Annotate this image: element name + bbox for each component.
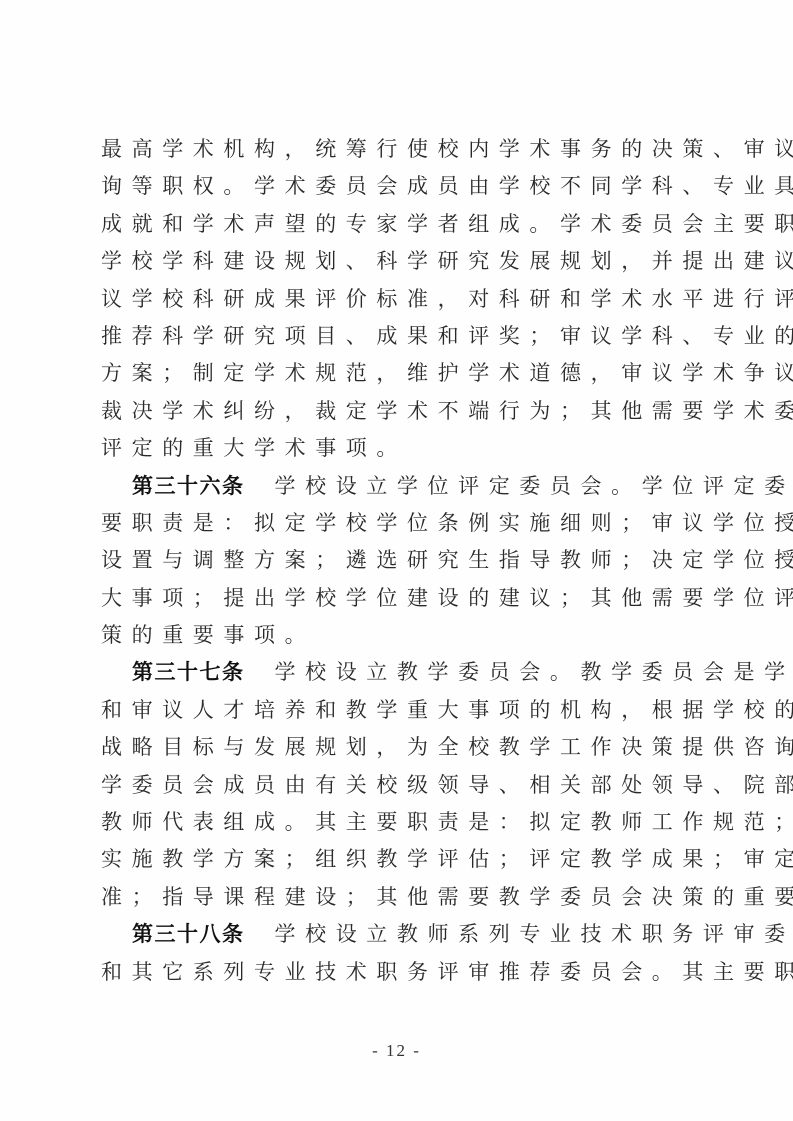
text-line: 准；指导课程建设；其他需要教学委员会决策的重要事项。	[101, 879, 696, 916]
text-line: 要职责是：拟定学校学位条例实施细则；审议学位授权点及专业	[101, 505, 696, 542]
text-line: 最高学术机构，统筹行使校内学术事务的决策、审议、评定和咨	[101, 131, 696, 168]
text-line: 和其它系列专业技术职务评审推荐委员会。其主要职责是：制定	[101, 954, 696, 991]
article-37-text: 学校设立教学委员会。教学委员会是学校咨询	[275, 660, 793, 684]
text-line: 推荐科学研究项目、成果和评奖；审议学科、专业的设置和调整	[101, 318, 696, 355]
text-line: 方案；制定学术规范，维护学术道德，审议学术争议的处理规则，	[101, 355, 696, 392]
text-line: 实施教学方案；组织教学评估；评定教学成果；审定课程建设标	[101, 841, 696, 878]
text-line: 教师代表组成。其主要职责是：拟定教师工作规范；审定并指导	[101, 804, 696, 841]
page-number: - 12 -	[0, 1041, 793, 1061]
text-line: 大事项；提出学校学位建设的建议；其他需要学位评定委员会决	[101, 580, 696, 617]
article-38-text: 学校设立教师系列专业技术职务评审委员会	[275, 922, 793, 946]
document-page: 最高学术机构，统筹行使校内学术事务的决策、审议、评定和咨 询等职权。学术委员会成…	[0, 0, 793, 1121]
text-line: 设置与调整方案；遴选研究生指导教师；决定学位授予方面的重	[101, 542, 696, 579]
body-text: 最高学术机构，统筹行使校内学术事务的决策、审议、评定和咨 询等职权。学术委员会成…	[101, 131, 696, 991]
article-38-heading: 第三十八条	[132, 922, 245, 946]
text-line: 学校学科建设规划、科学研究发展规划，并提出建议和意见；审	[101, 243, 696, 280]
article-38-first-line: 第三十八条学校设立教师系列专业技术职务评审委员会	[101, 916, 696, 953]
text-line: 学委员会成员由有关校级领导、相关部处领导、院部主要领导和	[101, 767, 696, 804]
text-line: 策的重要事项。	[101, 617, 696, 654]
text-line: 议学校科研成果评价标准，对科研和学术水平进行评价，评议和	[101, 281, 696, 318]
article-37-first-line: 第三十七条学校设立教学委员会。教学委员会是学校咨询	[101, 654, 696, 691]
article-37-heading: 第三十七条	[132, 660, 245, 684]
article-36-first-line: 第三十六条学校设立学位评定委员会。学位评定委员会主	[101, 468, 696, 505]
text-line: 成就和学术声望的专家学者组成。学术委员会主要职责是：审议	[101, 206, 696, 243]
article-36-heading: 第三十六条	[132, 474, 245, 498]
article-36-text: 学校设立学位评定委员会。学位评定委员会主	[275, 474, 793, 498]
text-line: 和审议人才培养和教学重大事项的机构，根据学校的教育理念、	[101, 692, 696, 729]
text-line: 战略目标与发展规划，为全校教学工作决策提供咨询和审议。教	[101, 729, 696, 766]
text-line: 询等职权。学术委员会成员由学校不同学科、专业具有较高学术	[101, 168, 696, 205]
text-line: 评定的重大学术事项。	[101, 430, 696, 467]
text-line: 裁决学术纠纷，裁定学术不端行为；其他需要学术委员会审议和	[101, 393, 696, 430]
